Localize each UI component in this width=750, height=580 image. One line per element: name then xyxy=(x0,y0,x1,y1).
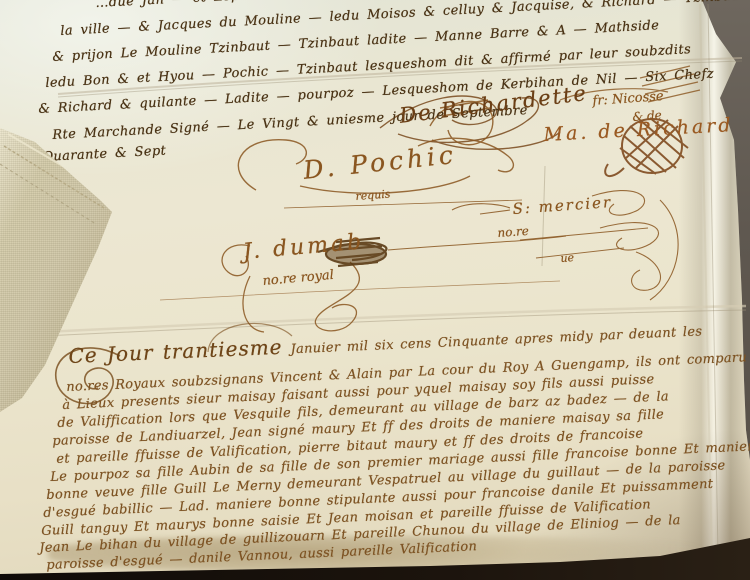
signature-mercier-title: no.re xyxy=(497,224,529,240)
signature-mercier-mark: ue xyxy=(560,251,574,265)
signature-pochic-title: requis xyxy=(355,188,391,203)
manuscript-photo: …due Jan — et Espuze de mil la ville — &… xyxy=(0,0,750,580)
